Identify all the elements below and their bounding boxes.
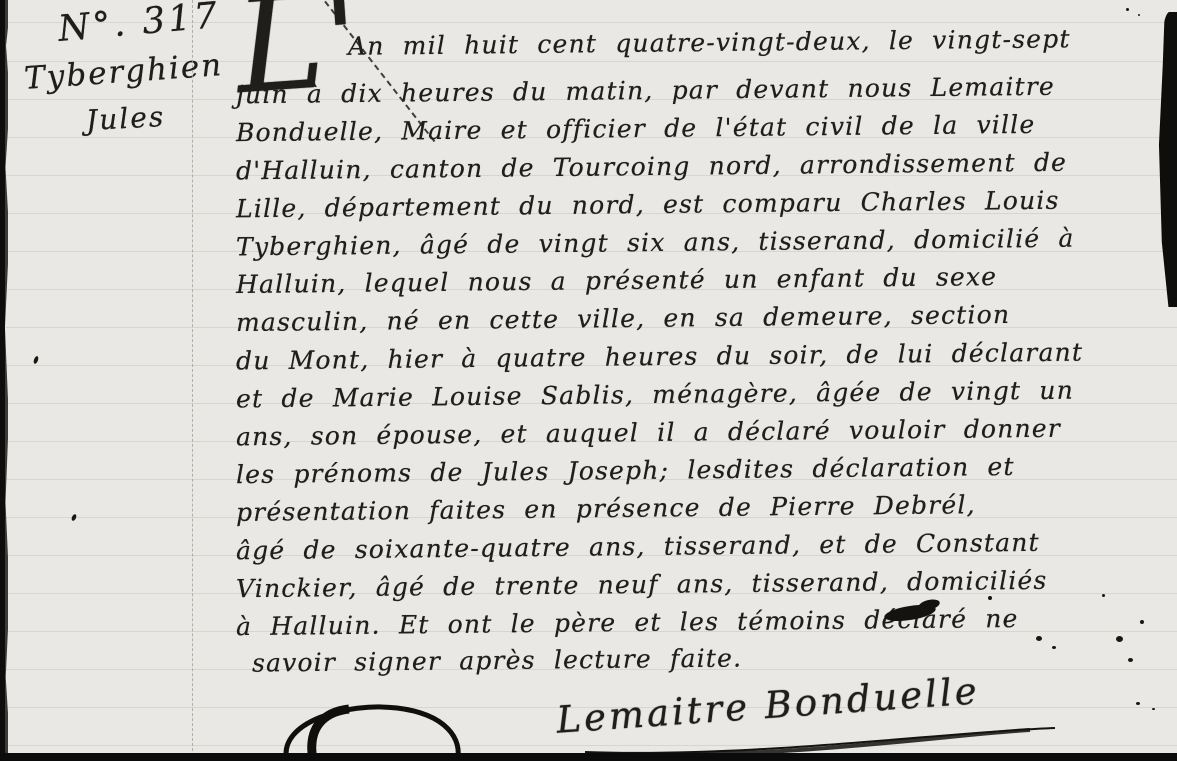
ink-speck bbox=[1140, 620, 1144, 624]
ink-speck bbox=[1102, 594, 1105, 597]
scanned-register-page: N°. 317 Tyberghien Jules L' An mil huit … bbox=[0, 0, 1177, 761]
act-text-line: Tyberghien, âgé de vingt six ans, tisser… bbox=[236, 224, 1075, 262]
act-text-line: savoir signer après lecture faite. bbox=[252, 643, 743, 677]
act-number: N°. 317 bbox=[57, 0, 222, 50]
act-text-line: du Mont, hier à quatre heures du soir, d… bbox=[236, 338, 1083, 376]
ink-speck bbox=[1116, 636, 1123, 642]
act-text-line: ans, son épouse, et auquel il a déclaré … bbox=[236, 414, 1061, 452]
scan-edge-bottom bbox=[0, 753, 1177, 761]
margin-child-given-name: Jules bbox=[85, 100, 166, 137]
act-text-line: et de Marie Louise Sablis, ménagère, âgé… bbox=[236, 376, 1074, 414]
act-text-line: présentation faites en présence de Pierr… bbox=[236, 490, 976, 527]
act-text-line: Halluin, lequel nous a présenté un enfan… bbox=[236, 262, 997, 299]
ink-speck bbox=[988, 596, 992, 600]
scan-edge-right bbox=[1158, 12, 1177, 307]
margin-child-surname: Tyberghien bbox=[23, 47, 224, 97]
ink-speck bbox=[1138, 14, 1140, 16]
ink-speck bbox=[1126, 8, 1129, 11]
act-text-line: Lille, département du nord, est comparu … bbox=[236, 186, 1060, 224]
act-text-line: Vinckier, âgé de trente neuf ans, tisser… bbox=[236, 566, 1048, 603]
ink-speck bbox=[1128, 658, 1133, 662]
ink-speck bbox=[33, 356, 39, 365]
ink-speck bbox=[1004, 620, 1007, 623]
ink-speck bbox=[71, 513, 78, 521]
act-text-line: An mil huit cent quatre-vingt-deux, le v… bbox=[348, 24, 1071, 61]
scan-edge-left bbox=[0, 0, 11, 761]
ink-speck bbox=[1052, 646, 1056, 649]
ink-speck bbox=[1136, 702, 1140, 705]
ink-speck bbox=[1036, 636, 1042, 641]
ink-speck bbox=[1152, 708, 1155, 710]
act-text-line: âgé de soixante-quatre ans, tisserand, e… bbox=[236, 528, 1040, 565]
act-text-line: d'Halluin, canton de Tourcoing nord, arr… bbox=[236, 148, 1067, 186]
margin-rule-line bbox=[192, 0, 193, 761]
mayor-signature: Lemaitre Bonduelle bbox=[555, 669, 981, 741]
act-text-line: masculin, né en cette ville, en sa demeu… bbox=[236, 300, 1010, 337]
act-text-line: les prénoms de Jules Joseph; lesdites dé… bbox=[236, 452, 1015, 489]
next-act-flourish bbox=[255, 700, 495, 761]
